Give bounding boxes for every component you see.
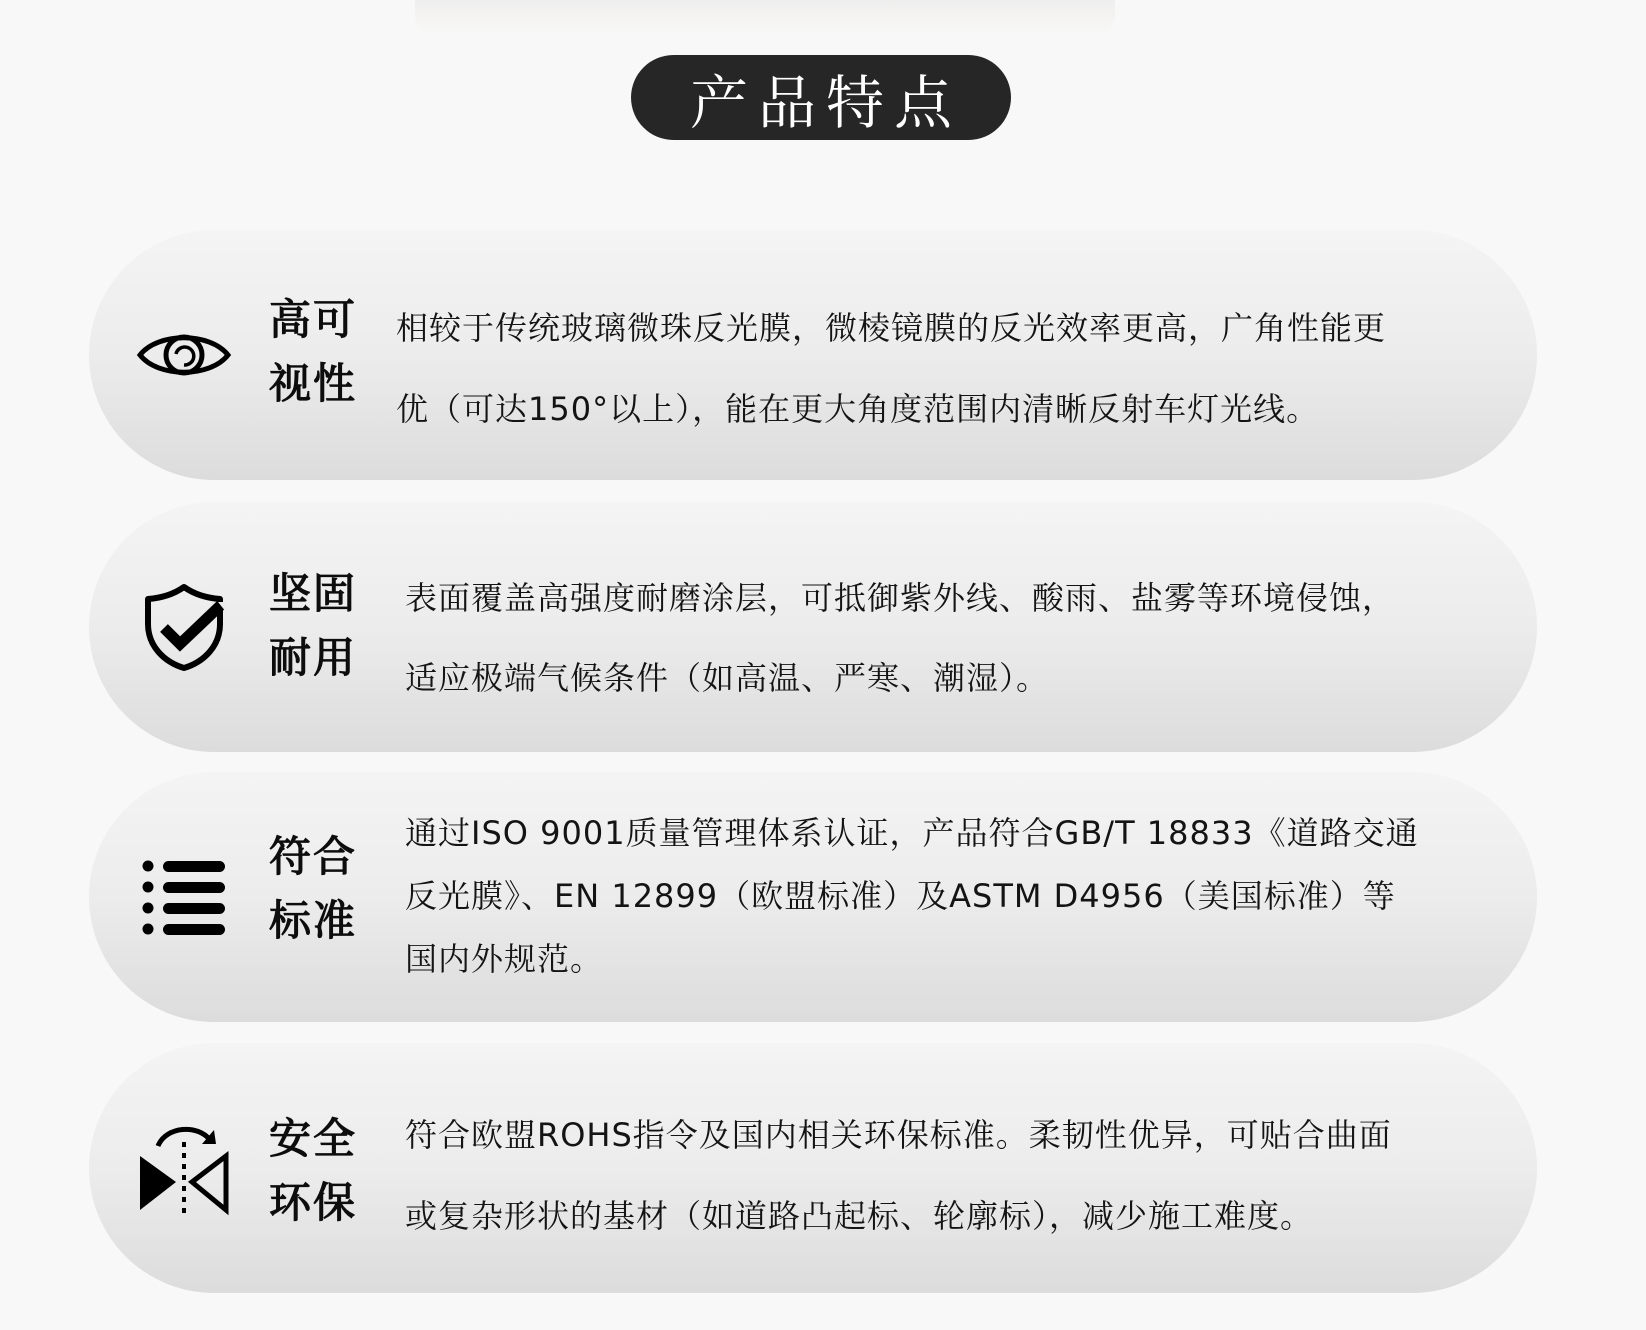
- feature-title-line-1: 坚固: [269, 562, 369, 626]
- desc-line: 适应极端气候条件（如高温、严寒、潮湿）。: [405, 638, 1515, 718]
- list-icon: [129, 842, 239, 952]
- flip-horizontal-icon: [129, 1115, 239, 1225]
- feature-title-line-1: 高可: [269, 288, 369, 352]
- desc-line: 反光膜》、EN 12899（欧盟标准）及ASTM D4956（美国标准）等: [405, 865, 1515, 928]
- feature-description: 相较于传统玻璃微珠反光膜，微棱镜膜的反光效率更高，广角性能更 优（可达150°以…: [396, 288, 1506, 450]
- feature-title: 安全 环保: [269, 1107, 369, 1235]
- section-title-badge: 产品特点: [631, 55, 1011, 140]
- desc-line: 表面覆盖高强度耐磨涂层，可抵御紫外线、酸雨、盐雾等环境侵蚀，: [405, 558, 1515, 638]
- feature-card-eco-safe: 安全 环保 符合欧盟ROHS指令及国内相关环保标准。柔韧性优异，可贴合曲面 或复…: [89, 1043, 1537, 1293]
- feature-title: 符合 标准: [269, 825, 369, 953]
- feature-description: 符合欧盟ROHS指令及国内相关环保标准。柔韧性优异，可贴合曲面 或复杂形状的基材…: [405, 1095, 1515, 1257]
- top-image-edge: [415, 0, 1115, 36]
- feature-card-high-visibility: 高可 视性 相较于传统玻璃微珠反光膜，微棱镜膜的反光效率更高，广角性能更 优（可…: [89, 230, 1537, 480]
- feature-title-line-1: 符合: [269, 825, 369, 889]
- feature-card-standards: 符合 标准 通过ISO 9001质量管理体系认证，产品符合GB/T 18833《…: [89, 772, 1537, 1022]
- eye-icon: [129, 300, 239, 410]
- feature-title-line-1: 安全: [269, 1107, 369, 1171]
- feature-title-line-2: 视性: [269, 352, 369, 416]
- desc-line: 符合欧盟ROHS指令及国内相关环保标准。柔韧性优异，可贴合曲面: [405, 1095, 1515, 1176]
- desc-line: 优（可达150°以上），能在更大角度范围内清晰反射车灯光线。: [396, 369, 1506, 450]
- desc-line: 国内外规范。: [405, 928, 1515, 991]
- feature-title: 高可 视性: [269, 288, 369, 416]
- desc-line: 通过ISO 9001质量管理体系认证，产品符合GB/T 18833《道路交通: [405, 802, 1515, 865]
- feature-description: 表面覆盖高强度耐磨涂层，可抵御紫外线、酸雨、盐雾等环境侵蚀， 适应极端气候条件（…: [405, 558, 1515, 718]
- feature-title-line-2: 标准: [269, 889, 369, 953]
- feature-title: 坚固 耐用: [269, 562, 369, 690]
- feature-card-durable: 坚固 耐用 表面覆盖高强度耐磨涂层，可抵御紫外线、酸雨、盐雾等环境侵蚀， 适应极…: [89, 502, 1537, 752]
- feature-title-line-2: 耐用: [269, 626, 369, 690]
- feature-title-line-2: 环保: [269, 1171, 369, 1235]
- shield-check-icon: [129, 572, 239, 682]
- feature-description: 通过ISO 9001质量管理体系认证，产品符合GB/T 18833《道路交通 反…: [405, 802, 1515, 991]
- desc-line: 相较于传统玻璃微珠反光膜，微棱镜膜的反光效率更高，广角性能更: [396, 288, 1506, 369]
- section-title: 产品特点: [680, 56, 962, 140]
- desc-line: 或复杂形状的基材（如道路凸起标、轮廓标），减少施工难度。: [405, 1176, 1515, 1257]
